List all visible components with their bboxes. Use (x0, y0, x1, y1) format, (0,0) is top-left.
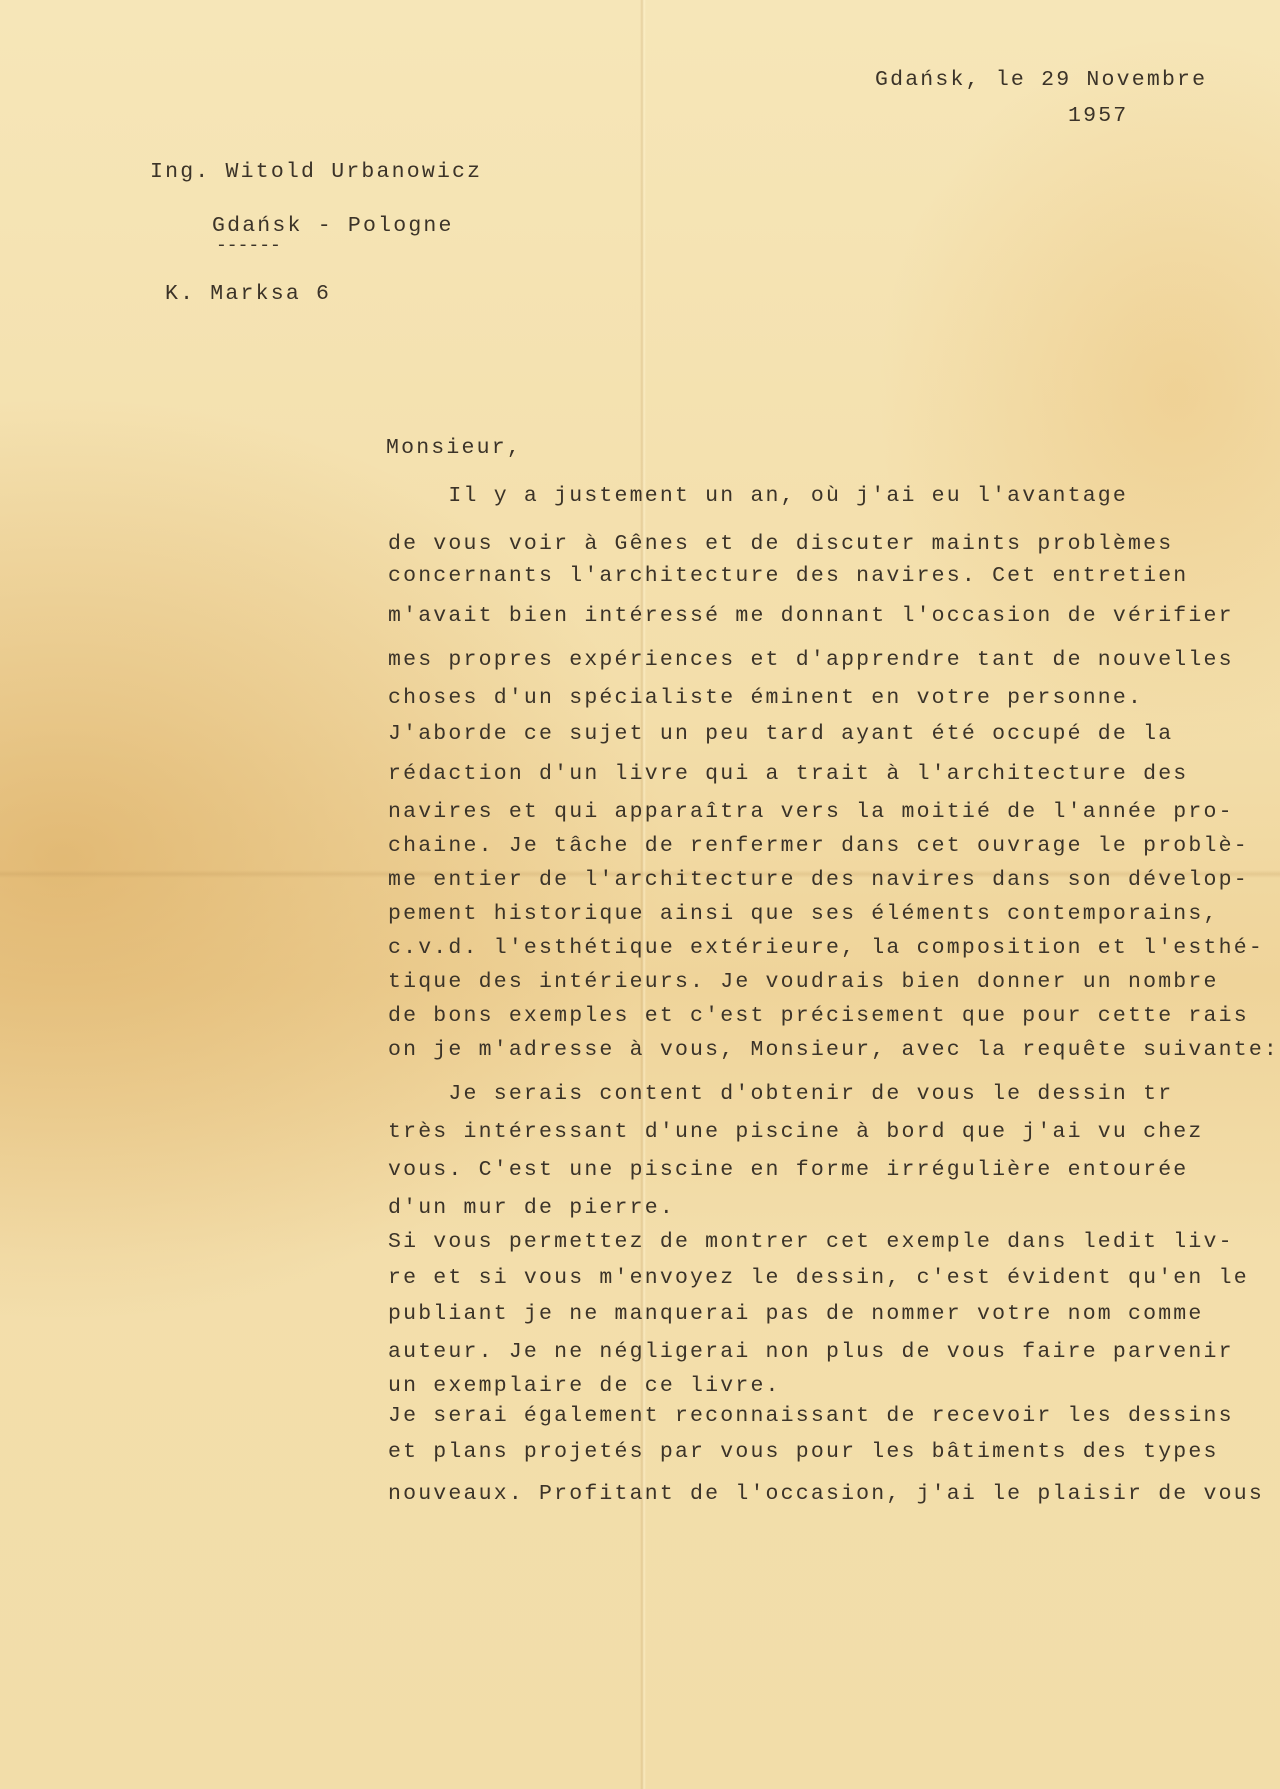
salutation: Monsieur, (386, 436, 522, 460)
body-line: Je serais content d'obtenir de vous le d… (388, 1082, 1173, 1106)
address-underline: ------ (216, 236, 281, 256)
recipient-street: K. Marksa 6 (165, 282, 331, 306)
body-line: Je serai également reconnaissant de rece… (388, 1404, 1234, 1428)
body-line: Si vous permettez de montrer cet exemple… (388, 1230, 1234, 1254)
body-line: Il y a justement un an, où j'ai eu l'ava… (388, 484, 1128, 508)
body-line: nouveaux. Profitant de l'occasion, j'ai … (388, 1482, 1264, 1506)
body-line: on je m'adresse à vous, Monsieur, avec l… (388, 1038, 1279, 1062)
body-line: un exemplaire de ce livre. (388, 1374, 781, 1398)
body-line: choses d'un spécialiste éminent en votre… (388, 686, 1143, 710)
body-line: tique des intérieurs. Je voudrais bien d… (388, 970, 1219, 994)
body-line: pement historique ainsi que ses éléments… (388, 902, 1219, 926)
body-line: mes propres expériences et d'apprendre t… (388, 648, 1234, 672)
body-line: chaine. Je tâche de renfermer dans cet o… (388, 834, 1249, 858)
body-line: très intéressant d'une piscine à bord qu… (388, 1120, 1204, 1144)
body-line: concernants l'architecture des navires. … (388, 564, 1188, 588)
recipient-city: Gdańsk - Pologne (212, 214, 454, 238)
body-line: J'aborde ce sujet un peu tard ayant été … (388, 722, 1173, 746)
body-line: rédaction d'un livre qui a trait à l'arc… (388, 762, 1188, 786)
body-line: d'un mur de pierre. (388, 1196, 675, 1220)
body-line: de vous voir à Gênes et de discuter main… (388, 532, 1173, 556)
body-line: et plans projetés par vous pour les bâti… (388, 1440, 1219, 1464)
body-line: de bons exemples et c'est précisement qu… (388, 1004, 1249, 1028)
vertical-fold-crease (640, 0, 646, 1789)
body-line: me entier de l'architecture des navires … (388, 868, 1249, 892)
body-line: vous. C'est une piscine en forme irrégul… (388, 1158, 1188, 1182)
recipient-name: Ing. Witold Urbanowicz (150, 160, 482, 184)
body-line: re et si vous m'envoyez le dessin, c'est… (388, 1266, 1249, 1290)
body-line: publiant je ne manquerai pas de nommer v… (388, 1302, 1204, 1326)
body-line: auteur. Je ne négligerai non plus de vou… (388, 1340, 1234, 1364)
date-year: 1957 (1068, 104, 1128, 128)
date-line: Gdańsk, le 29 Novembre (875, 68, 1207, 92)
body-line: c.v.d. l'esthétique extérieure, la compo… (388, 936, 1264, 960)
body-line: navires et qui apparaîtra vers la moitié… (388, 800, 1234, 824)
body-line: m'avait bien intéressé me donnant l'occa… (388, 604, 1234, 628)
